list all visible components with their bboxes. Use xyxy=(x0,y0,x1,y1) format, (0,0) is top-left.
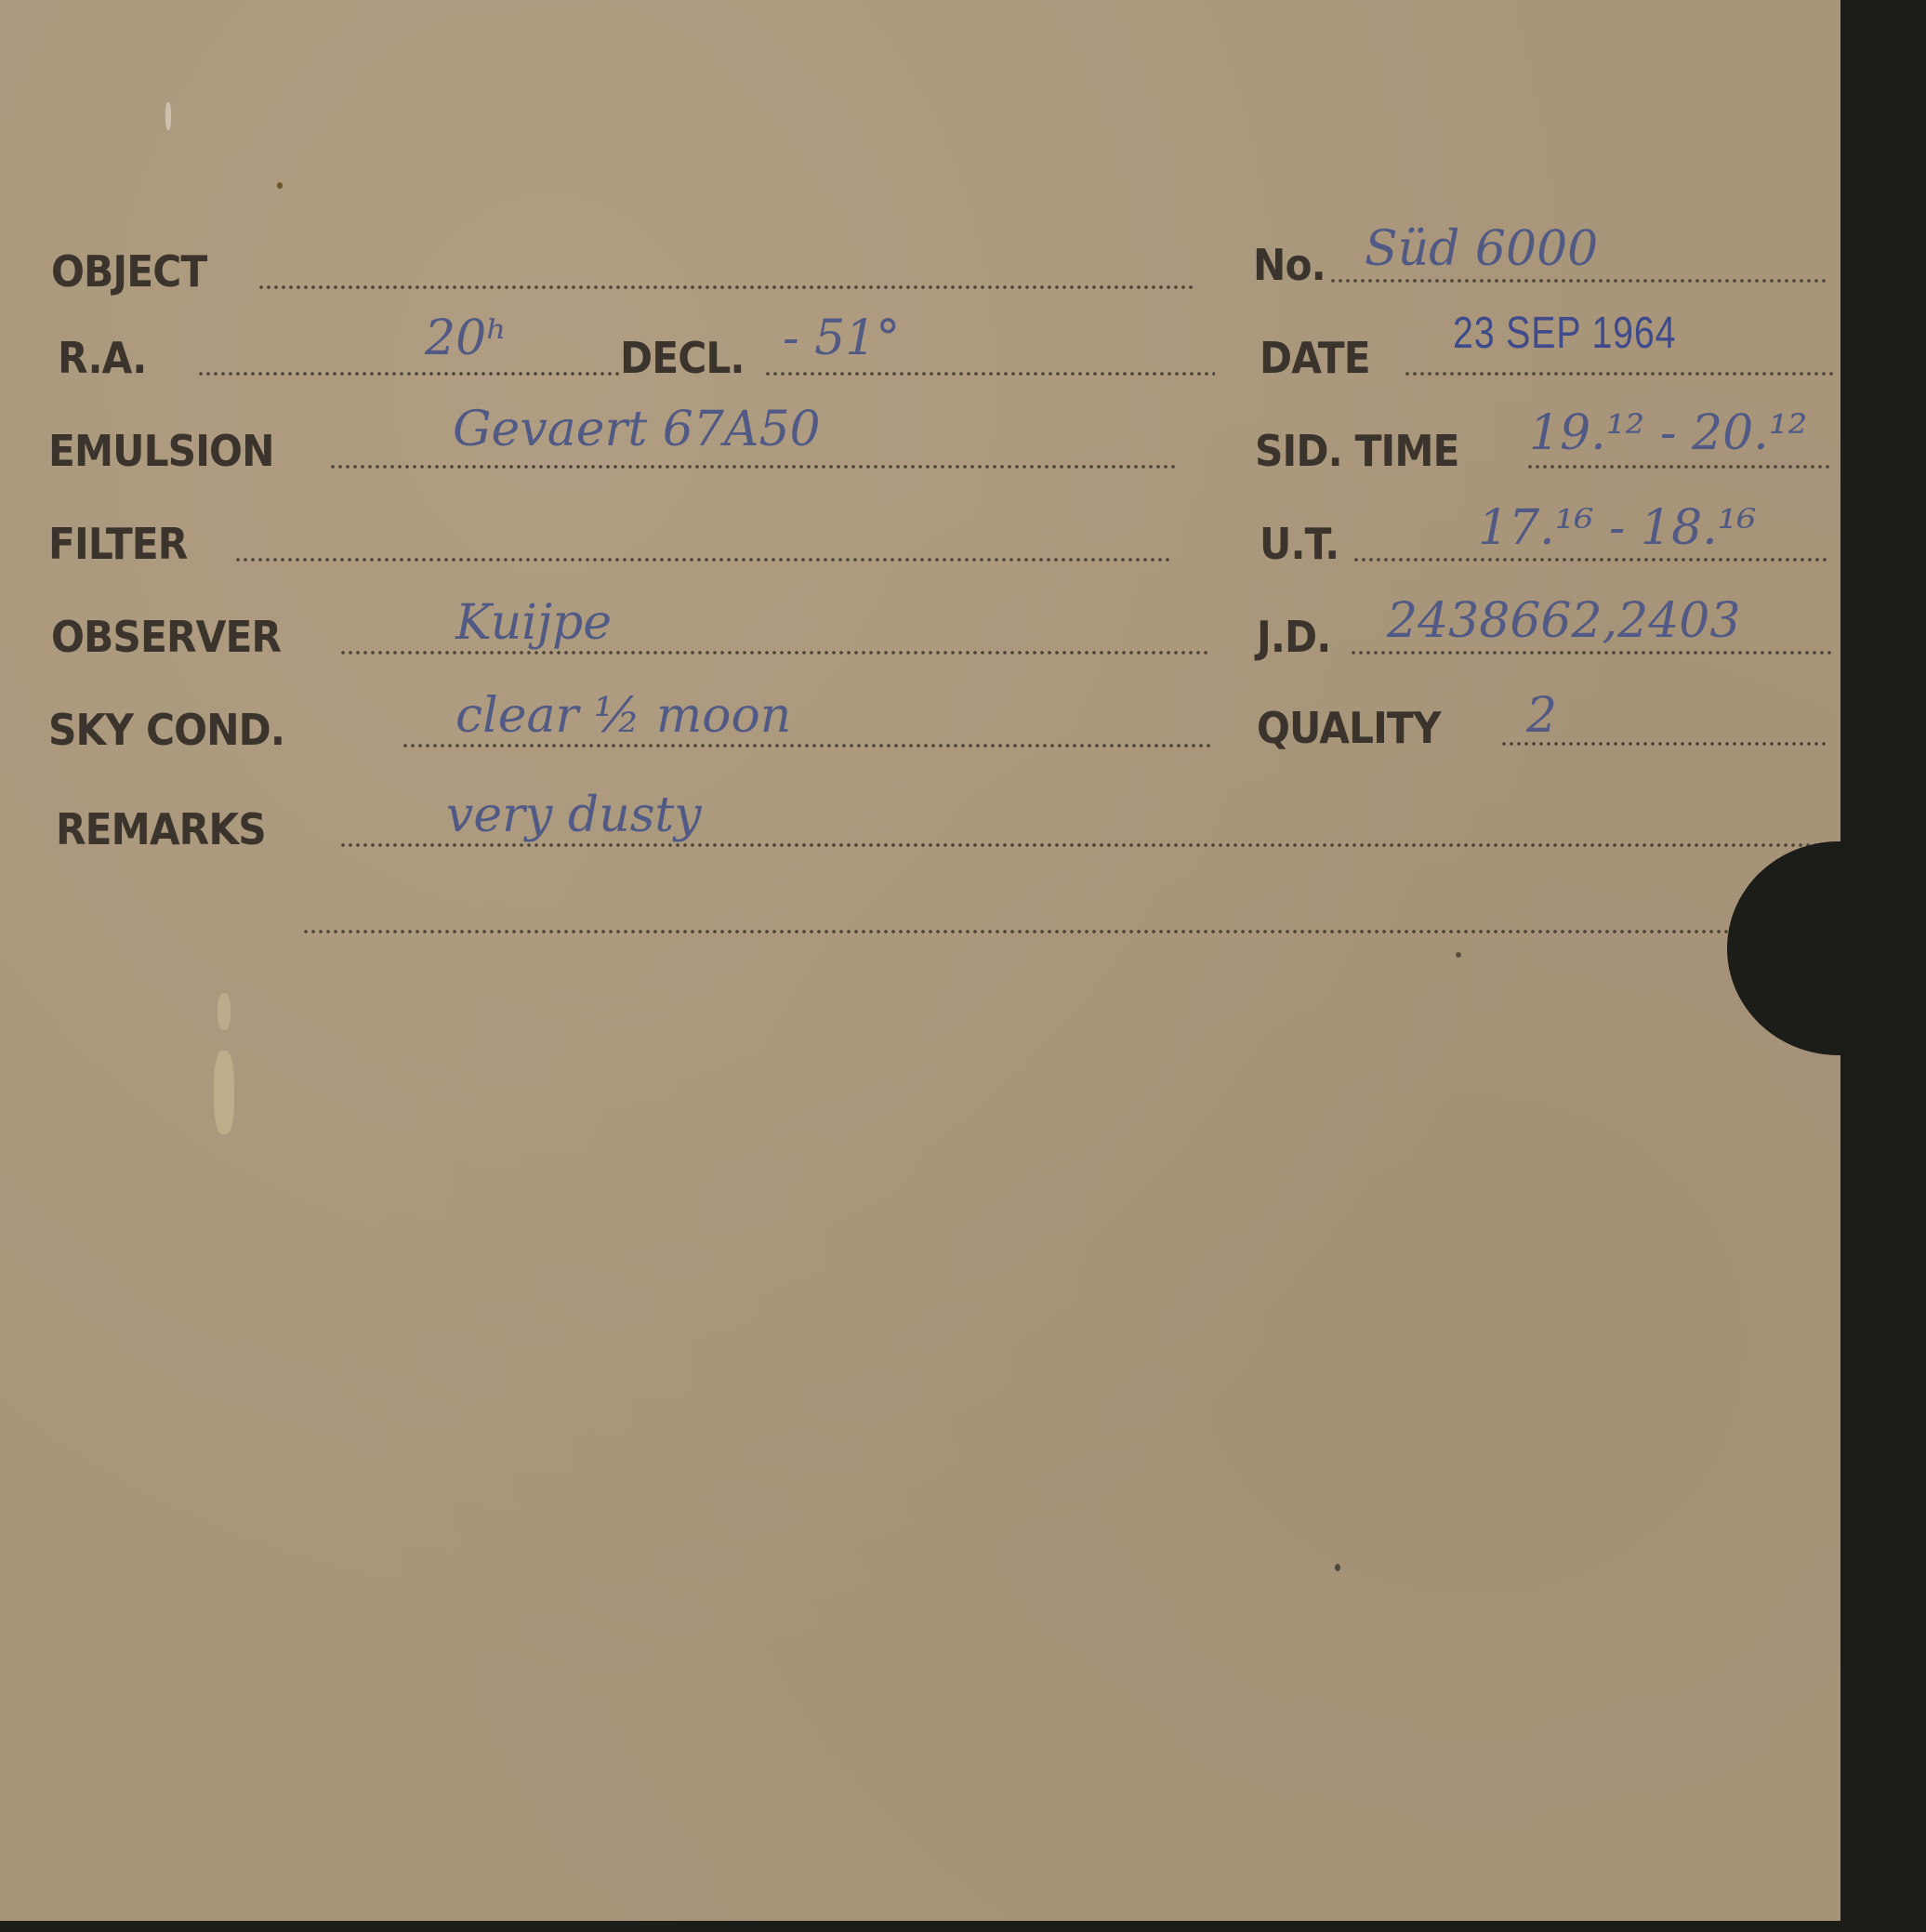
observer-label: OBSERVER xyxy=(51,615,281,658)
ut-value: 17.¹⁶ - 18.¹⁶ xyxy=(1478,504,1756,552)
quality-value: 2 xyxy=(1526,692,1557,740)
paper-scuff xyxy=(214,1051,234,1134)
number-field: No. Süd 6000 xyxy=(1253,212,1829,286)
date-dotted-line xyxy=(1404,372,1834,376)
sky-cond-value: clear ½ moon xyxy=(455,692,791,740)
ut-field: U.T. 17.¹⁶ - 18.¹⁶ xyxy=(1260,491,1829,565)
observer-dotted-line xyxy=(339,651,1208,655)
ra-label: R.A. xyxy=(58,337,146,379)
jd-label: J.D. xyxy=(1257,615,1330,658)
date-label: DATE xyxy=(1260,337,1370,379)
remarks-value: very dusty xyxy=(446,791,702,840)
remarks-field: REMARKS very dusty xyxy=(56,776,1840,851)
object-dotted-line xyxy=(257,285,1194,289)
sid-time-value: 19.¹² - 20.¹² xyxy=(1529,409,1807,457)
paper-speck xyxy=(1335,1564,1340,1571)
jd-dotted-line xyxy=(1350,651,1833,655)
ra-value: 20ʰ xyxy=(425,314,508,363)
quality-label: QUALITY xyxy=(1257,707,1441,749)
quality-field: QUALITY 2 xyxy=(1257,675,1826,749)
remarks-label: REMARKS xyxy=(56,808,266,851)
emulsion-field: EMULSION Gevaert 67A50 xyxy=(48,398,1179,472)
jd-value: 2438662,2403 xyxy=(1387,597,1740,645)
filter-field: FILTER xyxy=(48,491,1171,565)
number-label: No. xyxy=(1253,244,1326,286)
emulsion-label: EMULSION xyxy=(48,430,274,472)
number-value: Süd 6000 xyxy=(1365,225,1598,273)
decl-value: - 51° xyxy=(783,314,900,363)
paper-speck xyxy=(277,182,283,189)
date-stamp-value: 23 SEP 1964 xyxy=(1453,308,1676,359)
decl-dotted-line xyxy=(764,372,1215,376)
sid-time-dotted-line xyxy=(1526,465,1829,469)
sky-cond-dotted-line xyxy=(402,744,1210,748)
sid-time-field: SID. TIME 19.¹² - 20.¹² xyxy=(1255,398,1829,472)
object-field: OBJECT xyxy=(51,218,1194,293)
filter-dotted-line xyxy=(234,558,1171,562)
ra-field: R.A. 20ʰ DECL. - 51° xyxy=(58,305,1215,379)
filter-label: FILTER xyxy=(48,523,187,565)
remarks-dotted-line xyxy=(339,843,1822,847)
sky-cond-label: SKY COND. xyxy=(48,708,284,751)
ut-label: U.T. xyxy=(1260,523,1339,565)
observer-field: OBSERVER Kuijpe xyxy=(51,584,1208,658)
emulsion-value: Gevaert 67A50 xyxy=(453,405,821,454)
sky-cond-field: SKY COND. clear ½ moon xyxy=(48,677,1210,751)
observer-value: Kuijpe xyxy=(455,599,612,647)
date-field: DATE 23 SEP 1964 xyxy=(1260,305,1834,379)
ra-dotted-line xyxy=(197,372,620,376)
jd-field: J.D. 2438662,2403 xyxy=(1257,584,1833,658)
decl-label: DECL. xyxy=(620,337,745,379)
emulsion-dotted-line xyxy=(329,465,1179,469)
object-label: OBJECT xyxy=(51,250,206,293)
number-dotted-line xyxy=(1329,279,1829,283)
ut-dotted-line xyxy=(1352,558,1829,562)
remarks-continuation-line xyxy=(302,930,1734,933)
paper-scuff xyxy=(218,993,231,1030)
paper-scuff xyxy=(165,102,171,130)
sid-time-label: SID. TIME xyxy=(1255,430,1459,472)
paper-speck xyxy=(1456,952,1461,958)
plate-envelope: OBJECT R.A. 20ʰ DECL. - 51° EMULSION Gev… xyxy=(0,0,1840,1921)
